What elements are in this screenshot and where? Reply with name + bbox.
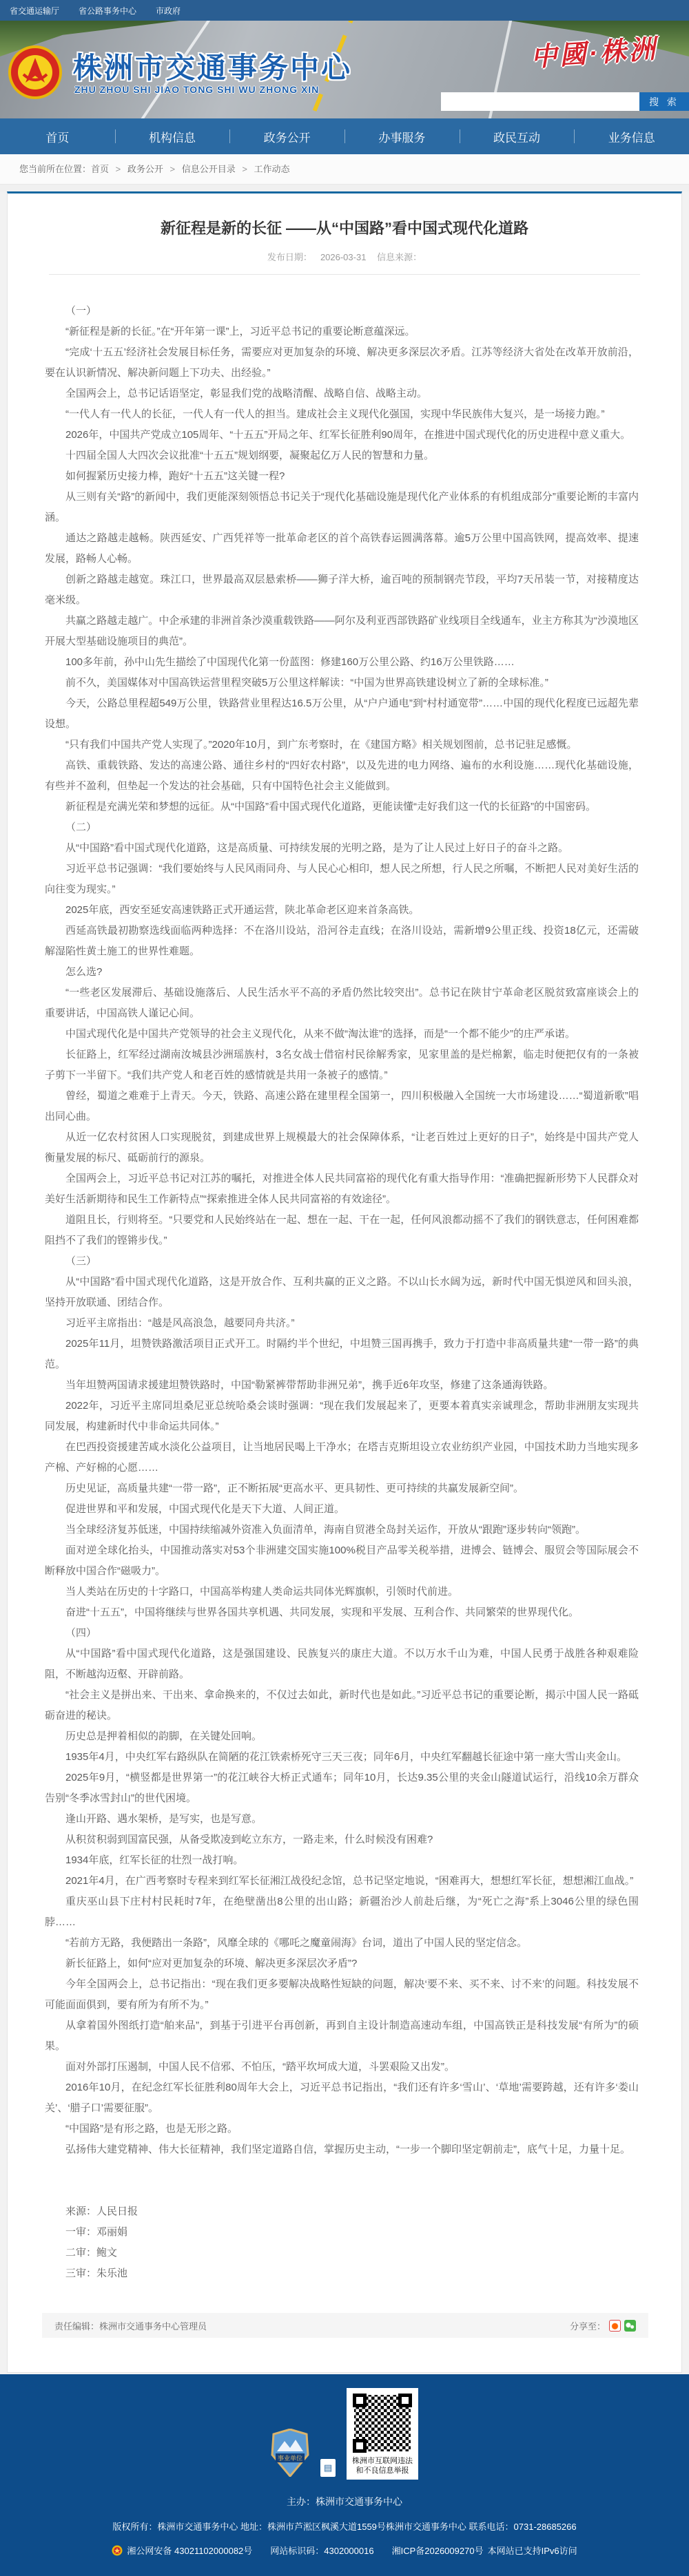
article-paragraph: 促进世界和平和发展，中国式现代化是天下大道、人间正道。	[45, 1499, 639, 1520]
footer-copyright: 版权所有：株洲市交通事务中心 地址：株洲市芦淞区枫溪大道1559号株洲市交通事务…	[0, 2520, 689, 2533]
article-paragraph: 新征程是充满光荣和梦想的远征。从“中国路”看中国式现代化道路，更能读懂“走好我们…	[45, 797, 639, 817]
icp-record-link[interactable]: 湘ICP备2026009270号	[392, 2544, 484, 2557]
qr-caption-line2: 和不良信息举报	[352, 2466, 413, 2475]
ipv6-note: 本网站已支持IPv6访问	[488, 2544, 577, 2557]
top-links-bar: 省交通运输厅省公路事务中心市政府	[0, 0, 689, 21]
article-paragraph: 从“中国路”看中国式现代化道路，这是高质量、可持续发展的光明之路，是为了让人民过…	[45, 838, 639, 859]
credit-line: 二审：鲍文	[45, 2243, 639, 2263]
article-paragraph: 当人类站在历史的十字路口，中国高举构建人类命运共同体光辉旗帜，引领时代前进。	[45, 1582, 639, 1602]
article-paragraph: “只有我们中国共产党人实现了。”2020年10月，到广东考察时，在《建国方略》相…	[45, 735, 639, 755]
article-paragraph: “中国路”是有形之路，也是无形之路。	[45, 2119, 639, 2139]
article-paragraph: 怎么选?	[45, 962, 639, 983]
article-paragraph: （二）	[45, 817, 639, 838]
credit-line: 三审：朱乐池	[45, 2263, 639, 2284]
publish-date-label: 发布日期：	[267, 252, 312, 262]
article-paragraph: 在巴西投资援建苦咸水淡化公益项目，让当地居民喝上干净水；在塔吉克斯坦设立农业纺织…	[45, 1437, 639, 1478]
search-bar: 搜 索	[441, 92, 689, 111]
article-paragraph: （一）	[45, 301, 639, 322]
article-paragraph: “一代人有一代人的长征，一代人有一代人的担当。建成社会主义现代化强国，实现中华民…	[45, 404, 639, 425]
breadcrumb-prefix: 您当前所在位置：	[19, 164, 91, 174]
article-paragraph: 逢山开路、遇水架桥，是写实，也是写意。	[45, 1809, 639, 1830]
article-paragraph: 从拿着国外图纸打造“舶来品”，到基于引进平台再创新，再到自主设计制造高速动车组，…	[45, 2015, 639, 2057]
article-paragraph: 全国两会上，总书记话语坚定，彰显我们党的战略清醒、战略自信、战略主动。	[45, 384, 639, 404]
article-paragraph: 从积贫积弱到国富民强，从备受欺凌到屹立东方，一路走来，什么时候没有困难?	[45, 1830, 639, 1850]
article-paragraph: 2025年底，西安至延安高速铁路正式开通运营，陕北革命老区迎来首条高铁。	[45, 900, 639, 921]
article-paragraph: “若前方无路，我便踏出一条路”，风靡全球的《哪吒之魔童闹海》台词，道出了中国人民…	[45, 1933, 639, 1954]
breadcrumb-link[interactable]: 信息公开目录	[182, 164, 236, 174]
article-paragraph: （三）	[45, 1251, 639, 1272]
article-paragraph: 十四届全国人大四次会议批准“十五五”规划纲要，凝聚起亿万人民的智慧和力量。	[45, 446, 639, 466]
article-paragraph: 通达之路越走越畅。陕西延安、广西凭祥等一批革命老区的首个高铁春运圆满落幕。逾5万…	[45, 528, 639, 569]
article-paragraph: 道阻且长，行则将至。“只要党和人民始终站在一起、想在一起、干在一起，任何风浪都动…	[45, 1210, 639, 1251]
site-code: 网站标识码：4302000016	[270, 2544, 373, 2557]
article-paragraph: 100多年前，孙中山先生描绘了中国现代化第一份蓝图：修建160万公里公路、约16…	[45, 652, 639, 673]
article-paragraph: 从三则有关“路”的新闻中，我们更能深刻领悟总书记关于“现代化基础设施是现代化产业…	[45, 487, 639, 528]
article-paragraph: 习近平主席指出：“越是风高浪急，越要同舟共济。”	[45, 1313, 639, 1334]
qr-caption-line1: 株洲市互联网违法	[352, 2456, 413, 2466]
article-paragraph: 历史总是押着相似的韵脚，在关键处回响。	[45, 1726, 639, 1747]
china-zhuzhou-calligraphy: 中國·株洲	[530, 28, 659, 74]
article-paragraph: 当全球经济复苏低迷，中国持续缩减外资准入负面清单，海南自贸港全岛封关运作，开放从…	[45, 1520, 639, 1540]
article-paragraph: 面对外部打压遏制，中国人民不信邪、不怕压，“踏平坎坷成大道，斗罢艰险又出发”。	[45, 2057, 639, 2077]
article-paragraph: 今年全国两会上，总书记指出：“现在我们更多要解决战略性短缺的问题，解决‘要不来、…	[45, 1974, 639, 2015]
article-paragraph: 高铁、重载铁路、发达的高速公路、通往乡村的“四好农村路”，以及先进的电力网络、遍…	[45, 755, 639, 797]
share-label: 分享至：	[570, 2319, 606, 2332]
article-paragraph: “一些老区发展滞后、基础设施落后、人民生活水平不高的矛盾仍然比较突出”。总书记在…	[45, 983, 639, 1024]
article-paragraph: 2022年，习近平主席同坦桑尼亚总统哈桑会谈时强调：“现在我们发展起来了，更要本…	[45, 1396, 639, 1437]
weibo-share-icon[interactable]	[609, 2320, 621, 2332]
article-paragraph: “新征程是新的长征。”在“开年第一课”上，习近平总书记的重要论断意蕴深远。	[45, 322, 639, 342]
credit-line: 来源：人民日报	[45, 2201, 639, 2222]
breadcrumb-link[interactable]: 政务公开	[127, 164, 163, 174]
editor-bar: 责任编辑：株洲市交通事务中心管理员 分享至：	[42, 2313, 648, 2338]
breadcrumb: 您当前所在位置：首页 > 政务公开 > 信息公开目录 > 工作动态	[0, 154, 689, 185]
footer-badges: 事业单位 ▤ 株洲市互联网违法 和不良信息举报	[0, 2388, 689, 2480]
site-title: 株洲市交通事务中心	[73, 45, 352, 87]
footer-security-line: 湘公网安备 43021102000082号 网站标识码：4302000016 湘…	[0, 2544, 689, 2557]
wechat-share-icon[interactable]	[624, 2320, 636, 2332]
article-paragraph: 2026年，中国共产党成立105周年、“十五五”开局之年、红军长征胜利90周年，…	[45, 425, 639, 446]
police-record-link[interactable]: 湘公网安备 43021102000082号	[127, 2544, 252, 2557]
nav-item[interactable]: 机构信息	[115, 118, 230, 154]
article-paragraph: 西延高铁最初勘察选线面临两种选择：不在洛川设站，沿河谷走直线；在洛川设站，需新增…	[45, 921, 639, 962]
article-paragraph: 2025年11月，坦赞铁路激活项目正式开工。时隔约半个世纪，中坦赞三国再携手，致…	[45, 1334, 639, 1375]
article-paragraph: 从“中国路”看中国式现代化道路，这是强国建设、民族复兴的康庄大道。不以万水千山为…	[45, 1644, 639, 1685]
card-bottom-padding	[8, 2338, 681, 2372]
article-paragraph: 如何握紧历史接力棒，跑好“十五五”这关键一程?	[45, 466, 639, 487]
top-bar-link[interactable]: 省公路事务中心	[79, 5, 136, 17]
top-bar-link[interactable]: 省交通运输厅	[10, 5, 59, 17]
nav-item[interactable]: 政务公开	[229, 118, 344, 154]
document-icon: ▤	[320, 2459, 336, 2477]
page-footer: 事业单位 ▤ 株洲市互联网违法 和不良信息举报 主办：株洲市交通事务中心 版权所…	[0, 2374, 689, 2576]
nav-item[interactable]: 办事服务	[344, 118, 460, 154]
article-paragraph: 1934年底，红军长征的壮烈一战打响。	[45, 1850, 639, 1871]
header-banner: 株洲市交通事务中心 ZHU ZHOU SHI JIAO TONG SHI WU …	[0, 21, 689, 118]
report-qr-block: 株洲市互联网违法 和不良信息举报	[347, 2388, 418, 2480]
article-paragraph: 重庆巫山县下庄村村民耗时7年，在绝壁凿出8公里的出山路；新疆治沙人前赴后继，为“…	[45, 1892, 639, 1933]
article-body: （一）“新征程是新的长征。”在“开年第一课”上，习近平总书记的重要论断意蕴深远。…	[8, 275, 681, 2160]
article-paragraph: （四）	[45, 1623, 639, 1644]
site-title-pinyin: ZHU ZHOU SHI JIAO TONG SHI WU ZHONG XIN	[74, 84, 319, 95]
article-meta: 发布日期：2026-03-31 信息来源：	[8, 250, 681, 263]
article-paragraph: 当年坦赞两国请求援建坦赞铁路时，中国“勒紧裤带帮助非洲兄弟”，携手近6年攻坚，修…	[45, 1375, 639, 1396]
search-button[interactable]: 搜 索	[639, 92, 689, 111]
police-badge-icon	[112, 2545, 123, 2556]
source-label: 信息来源：	[377, 252, 422, 262]
article-paragraph: 弘扬伟大建党精神、伟大长征精神，我们坚定道路自信，掌握历史主动，“一步一个脚印坚…	[45, 2139, 639, 2160]
article-paragraph: 今天，公路总里程超549万公里，铁路营业里程达16.5万公里，从“户户通电”到“…	[45, 693, 639, 735]
article-paragraph: “社会主义是拼出来、干出来、拿命换来的，不仅过去如此，新时代也是如此。”习近平总…	[45, 1685, 639, 1726]
article-paragraph: 2025年9月，“横竖都是世界第一”的花江峡谷大桥正式通车；同年10月，长达9.…	[45, 1768, 639, 1809]
article-paragraph: 新长征路上，如何“应对更加复杂的环境、解决更多深层次矛盾”?	[45, 1954, 639, 1974]
separator: >	[113, 164, 123, 174]
article-paragraph: 2016年10月，在纪念红军长征胜利80周年大会上，习近平总书记指出，“我们还有…	[45, 2077, 639, 2119]
separator: >	[167, 164, 178, 174]
footer-host: 主办：株洲市交通事务中心	[0, 2495, 689, 2509]
breadcrumb-link[interactable]: 工作动态	[254, 164, 290, 174]
article-paragraph: 长征路上，红军经过湖南汝城县沙洲瑶族村，3名女战士借宿村民徐解秀家，见家里盖的是…	[45, 1045, 639, 1086]
article-card: 新征程是新的长征 ——从“中国路”看中国式现代化道路 发布日期：2026-03-…	[7, 191, 682, 2373]
article-paragraph: 历史见证，高质量共建“一带一路”，正不断拓展“更高水平、更具韧性、更可持续的共赢…	[45, 1478, 639, 1499]
article-paragraph: 前不久，美国媒体对中国高铁运营里程突破5万公里这样解读：“中国为世界高铁建设树立…	[45, 673, 639, 693]
article-paragraph: 曾经，蜀道之难难于上青天。今天，铁路、高速公路在建里程全国第一，四川积极融入全国…	[45, 1086, 639, 1127]
site-logo[interactable]	[7, 44, 63, 101]
separator: >	[240, 164, 250, 174]
nav-item[interactable]: 首页	[0, 118, 115, 154]
search-input[interactable]	[441, 92, 639, 111]
article-paragraph: 全国两会上，习近平总书记对江苏的嘱托，对推进全体人民共同富裕的现代化有重大指导作…	[45, 1169, 639, 1210]
svg-text:事业单位: 事业单位	[278, 2454, 302, 2462]
article-paragraph: 从“中国路”看中国式现代化道路，这是开放合作、互利共赢的正义之路。不以山长水阔为…	[45, 1272, 639, 1313]
top-bar-link[interactable]: 市政府	[156, 5, 181, 17]
article-paragraph: 奋进“十五五”，中国将继续与世界各国共享机遇、共同发展，实现和平发展、互利合作、…	[45, 1602, 639, 1623]
credit-line: 一审：邓丽娟	[45, 2222, 639, 2243]
article-paragraph: 从近一亿农村贫困人口实现脱贫，到建成世界上规模最大的社会保障体系，“让老百姓过上…	[45, 1127, 639, 1169]
main-nav: 首页机构信息政务公开办事服务政民互动业务信息	[0, 118, 689, 154]
article-title: 新征程是新的长征 ——从“中国路”看中国式现代化道路	[42, 218, 647, 239]
article-paragraph: 中国式现代化是中国共产党领导的社会主义现代化，从来不做“淘汰谁”的选择，而是“一…	[45, 1024, 639, 1045]
article-paragraph: 创新之路越走越宽。珠江口，世界最高双层悬索桥——狮子洋大桥，逾百吨的预制钢壳节段…	[45, 569, 639, 611]
article-credits: 来源：人民日报一审：邓丽娟二审：鲍文三审：朱乐池	[8, 2160, 681, 2284]
publish-date: 2026-03-31	[320, 252, 367, 262]
share-tools: 分享至：	[570, 2319, 636, 2332]
article-paragraph: 2021年4月，在广西考察时专程来到红军长征湘江战役纪念馆，总书记坚定地说，“困…	[45, 1871, 639, 1892]
article-paragraph: 面对逆全球化抬头，中国推动落实对53个非洲建交国实施100%税目产品零关税举措，…	[45, 1540, 639, 1582]
article-paragraph: 1935年4月，中央红军右路纵队在简陋的花江铁索桥死守三天三夜；同年6月，中央红…	[45, 1747, 639, 1768]
nav-item[interactable]: 政民互动	[460, 118, 575, 154]
article-paragraph: 习近平总书记强调：“我们要始终与人民风雨同舟、与人民心心相印，想人民之所想，行人…	[45, 859, 639, 900]
editor-note: 责任编辑：株洲市交通事务中心管理员	[54, 2319, 207, 2332]
public-institution-badge[interactable]: 事业单位	[271, 2429, 309, 2477]
breadcrumb-link[interactable]: 首页	[91, 164, 109, 174]
article-paragraph: 共赢之路越走越广。中企承建的非洲首条沙漠重载铁路——阿尔及利亚西部铁路矿业线项目…	[45, 611, 639, 652]
page-gap	[0, 185, 689, 191]
article-paragraph: “完成‘十五五’经济社会发展目标任务，需要应对更加复杂的环境、解决更多深层次矛盾…	[45, 342, 639, 384]
report-qr-code	[353, 2394, 412, 2453]
nav-item[interactable]: 业务信息	[574, 118, 689, 154]
